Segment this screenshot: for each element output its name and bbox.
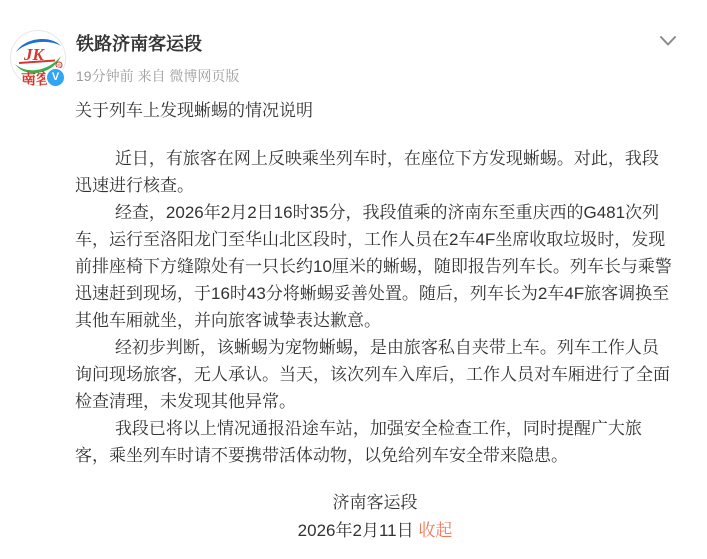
post-content: 关于列车上发现蜥蜴的情况说明 近日，有旅客在网上反映乘坐列车时，在座位下方发现蜥… <box>75 97 675 545</box>
post-paragraph: 经查，2026年2月2日16时35分，我段值乘的济南东至重庆西的G481次列车，… <box>75 199 675 334</box>
post-meta: 19分钟前 来自 微博网页版 <box>76 66 239 86</box>
signature-name: 济南客运段 <box>75 489 675 517</box>
username-link[interactable]: 铁路济南客运段 <box>76 32 202 56</box>
post-title: 关于列车上发现蜥蜴的情况说明 <box>75 97 675 124</box>
post-paragraph: 经初步判断，该蜥蜴为宠物蜥蜴，是由旅客私自夹带上车。列车工作人员询问现场旅客，无… <box>75 334 675 415</box>
post-paragraph: 我段已将以上情况通报沿途车站，加强安全检查工作，同时提醒广大旅客，乘坐列车时请不… <box>75 415 675 469</box>
collapse-link[interactable]: 收起 <box>418 521 452 540</box>
signature-date-line: 2026年2月11日 收起 <box>75 517 675 545</box>
timestamp: 19分钟前 <box>76 68 134 84</box>
post-paragraph: 近日，有旅客在网上反映乘坐列车时，在座位下方发现蜥蜴。对此，我段迅速进行核查。 <box>75 145 675 199</box>
source-label: 来自 <box>137 68 165 84</box>
signature-date: 2026年2月11日 <box>298 521 414 540</box>
source-link[interactable]: 微博网页版 <box>169 68 239 84</box>
weibo-post-card: JK ® 南客 V 铁路济南客运段 19分钟前 来自 微博网页版 关于列车上发现… <box>0 0 707 559</box>
post-signature-block: 济南客运段 2026年2月11日 收起 <box>75 489 675 545</box>
chevron-down-icon[interactable] <box>656 30 680 52</box>
verified-badge-icon: V <box>45 67 66 88</box>
